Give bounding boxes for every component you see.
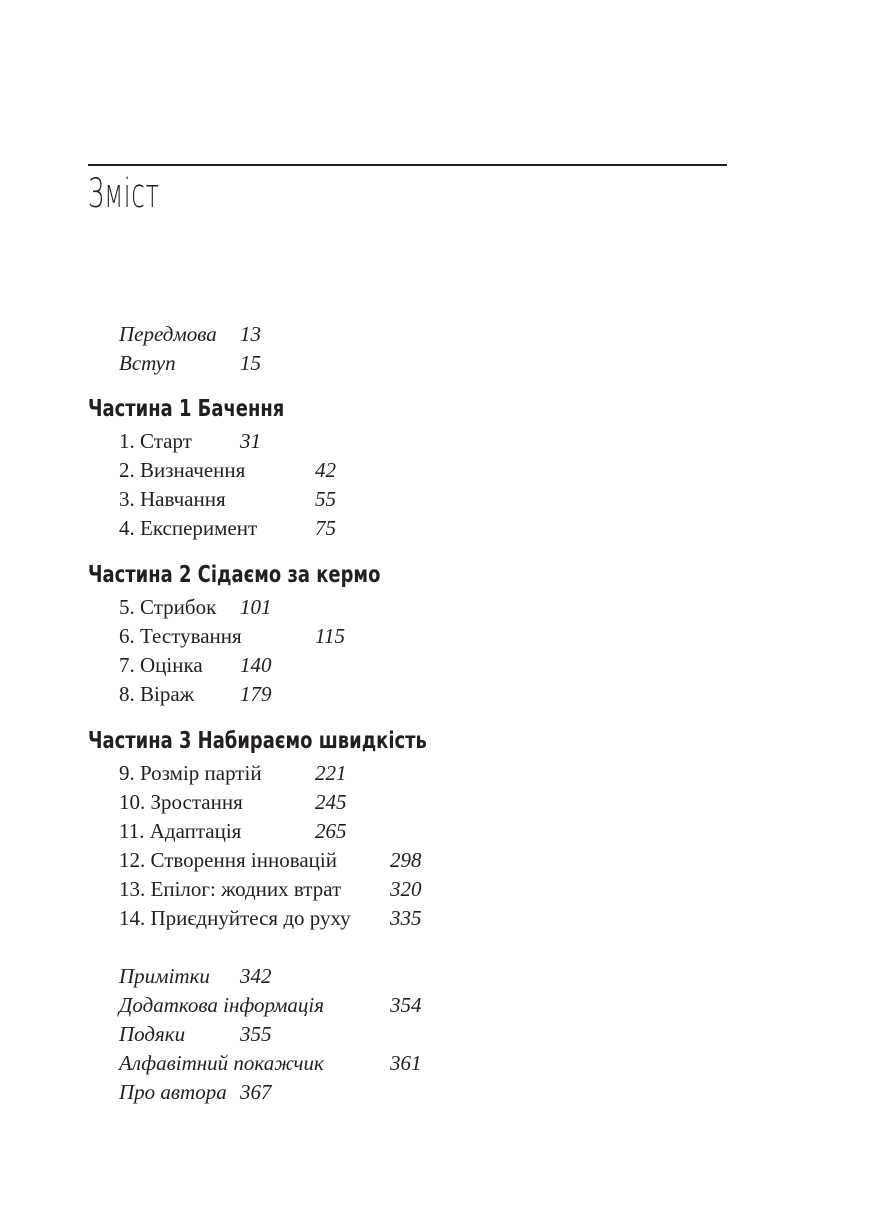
- toc-entry-page: 179: [240, 680, 272, 709]
- toc-entry-label: 1. Старт: [119, 427, 192, 456]
- toc-entry-page: 221: [315, 759, 347, 788]
- toc-entry-label: 6. Тестування: [119, 622, 242, 651]
- toc-entry-label: 13. Епілог: жодних втрат: [119, 875, 341, 904]
- toc-entry-page: 320: [390, 875, 422, 904]
- toc-entry-label: 4. Експеримент: [119, 514, 257, 543]
- toc-entry-page: 55: [315, 485, 336, 514]
- toc-entry-label: Додаткова інформація: [119, 991, 324, 1020]
- toc-entry-label: Алфавітний покажчик: [119, 1049, 324, 1078]
- toc-entry-page: 265: [315, 817, 347, 846]
- toc-entry-label: 9. Розмір партій: [119, 759, 262, 788]
- toc-entry-page: 367: [240, 1078, 272, 1107]
- page-title: Зміст: [88, 168, 160, 220]
- toc-entry-page: 75: [315, 514, 336, 543]
- toc-entry-page: 335: [390, 904, 422, 933]
- toc-entry-page: 361: [390, 1049, 422, 1078]
- part-heading-1[interactable]: Частина 1 Бачення: [88, 394, 284, 424]
- toc-entry-page: 13: [240, 320, 261, 349]
- toc-entry-label: Вступ: [119, 349, 176, 378]
- toc-entry-label: Про автора: [119, 1078, 227, 1107]
- toc-entry-page: 342: [240, 962, 272, 991]
- toc-entry-page: 42: [315, 456, 336, 485]
- toc-entry-page: 298: [390, 846, 422, 875]
- toc-entry-page: 140: [240, 651, 272, 680]
- title-rule: [88, 164, 727, 166]
- toc-entry-page: 15: [240, 349, 261, 378]
- part-heading-3[interactable]: Частина 3 Набираємо швидкість: [88, 726, 427, 756]
- toc-entry-label: Примітки: [119, 962, 210, 991]
- toc-entry-page: 31: [240, 427, 261, 456]
- part-heading-2[interactable]: Частина 2 Сідаємо за кермо: [88, 560, 380, 590]
- toc-entry-page: 115: [315, 622, 345, 651]
- toc-entry-page: 354: [390, 991, 422, 1020]
- toc-entry-label: 10. Зростання: [119, 788, 243, 817]
- toc-entry-page: 245: [315, 788, 347, 817]
- toc-entry-label: Подяки: [119, 1020, 185, 1049]
- toc-entry-label: 14. Приєднуйтеся до руху: [119, 904, 351, 933]
- toc-entry-label: 12. Створення інновацій: [119, 846, 337, 875]
- toc-entry-page: 101: [240, 593, 272, 622]
- toc-entry-label: Передмова: [119, 320, 217, 349]
- toc-entry-label: 11. Адаптація: [119, 817, 241, 846]
- toc-entry-label: 8. Віраж: [119, 680, 194, 709]
- toc-entry-label: 7. Оцінка: [119, 651, 203, 680]
- toc-entry-label: 2. Визначення: [119, 456, 245, 485]
- toc-entry-label: 5. Стрибок: [119, 593, 216, 622]
- toc-entry-page: 355: [240, 1020, 272, 1049]
- toc-entry-label: 3. Навчання: [119, 485, 226, 514]
